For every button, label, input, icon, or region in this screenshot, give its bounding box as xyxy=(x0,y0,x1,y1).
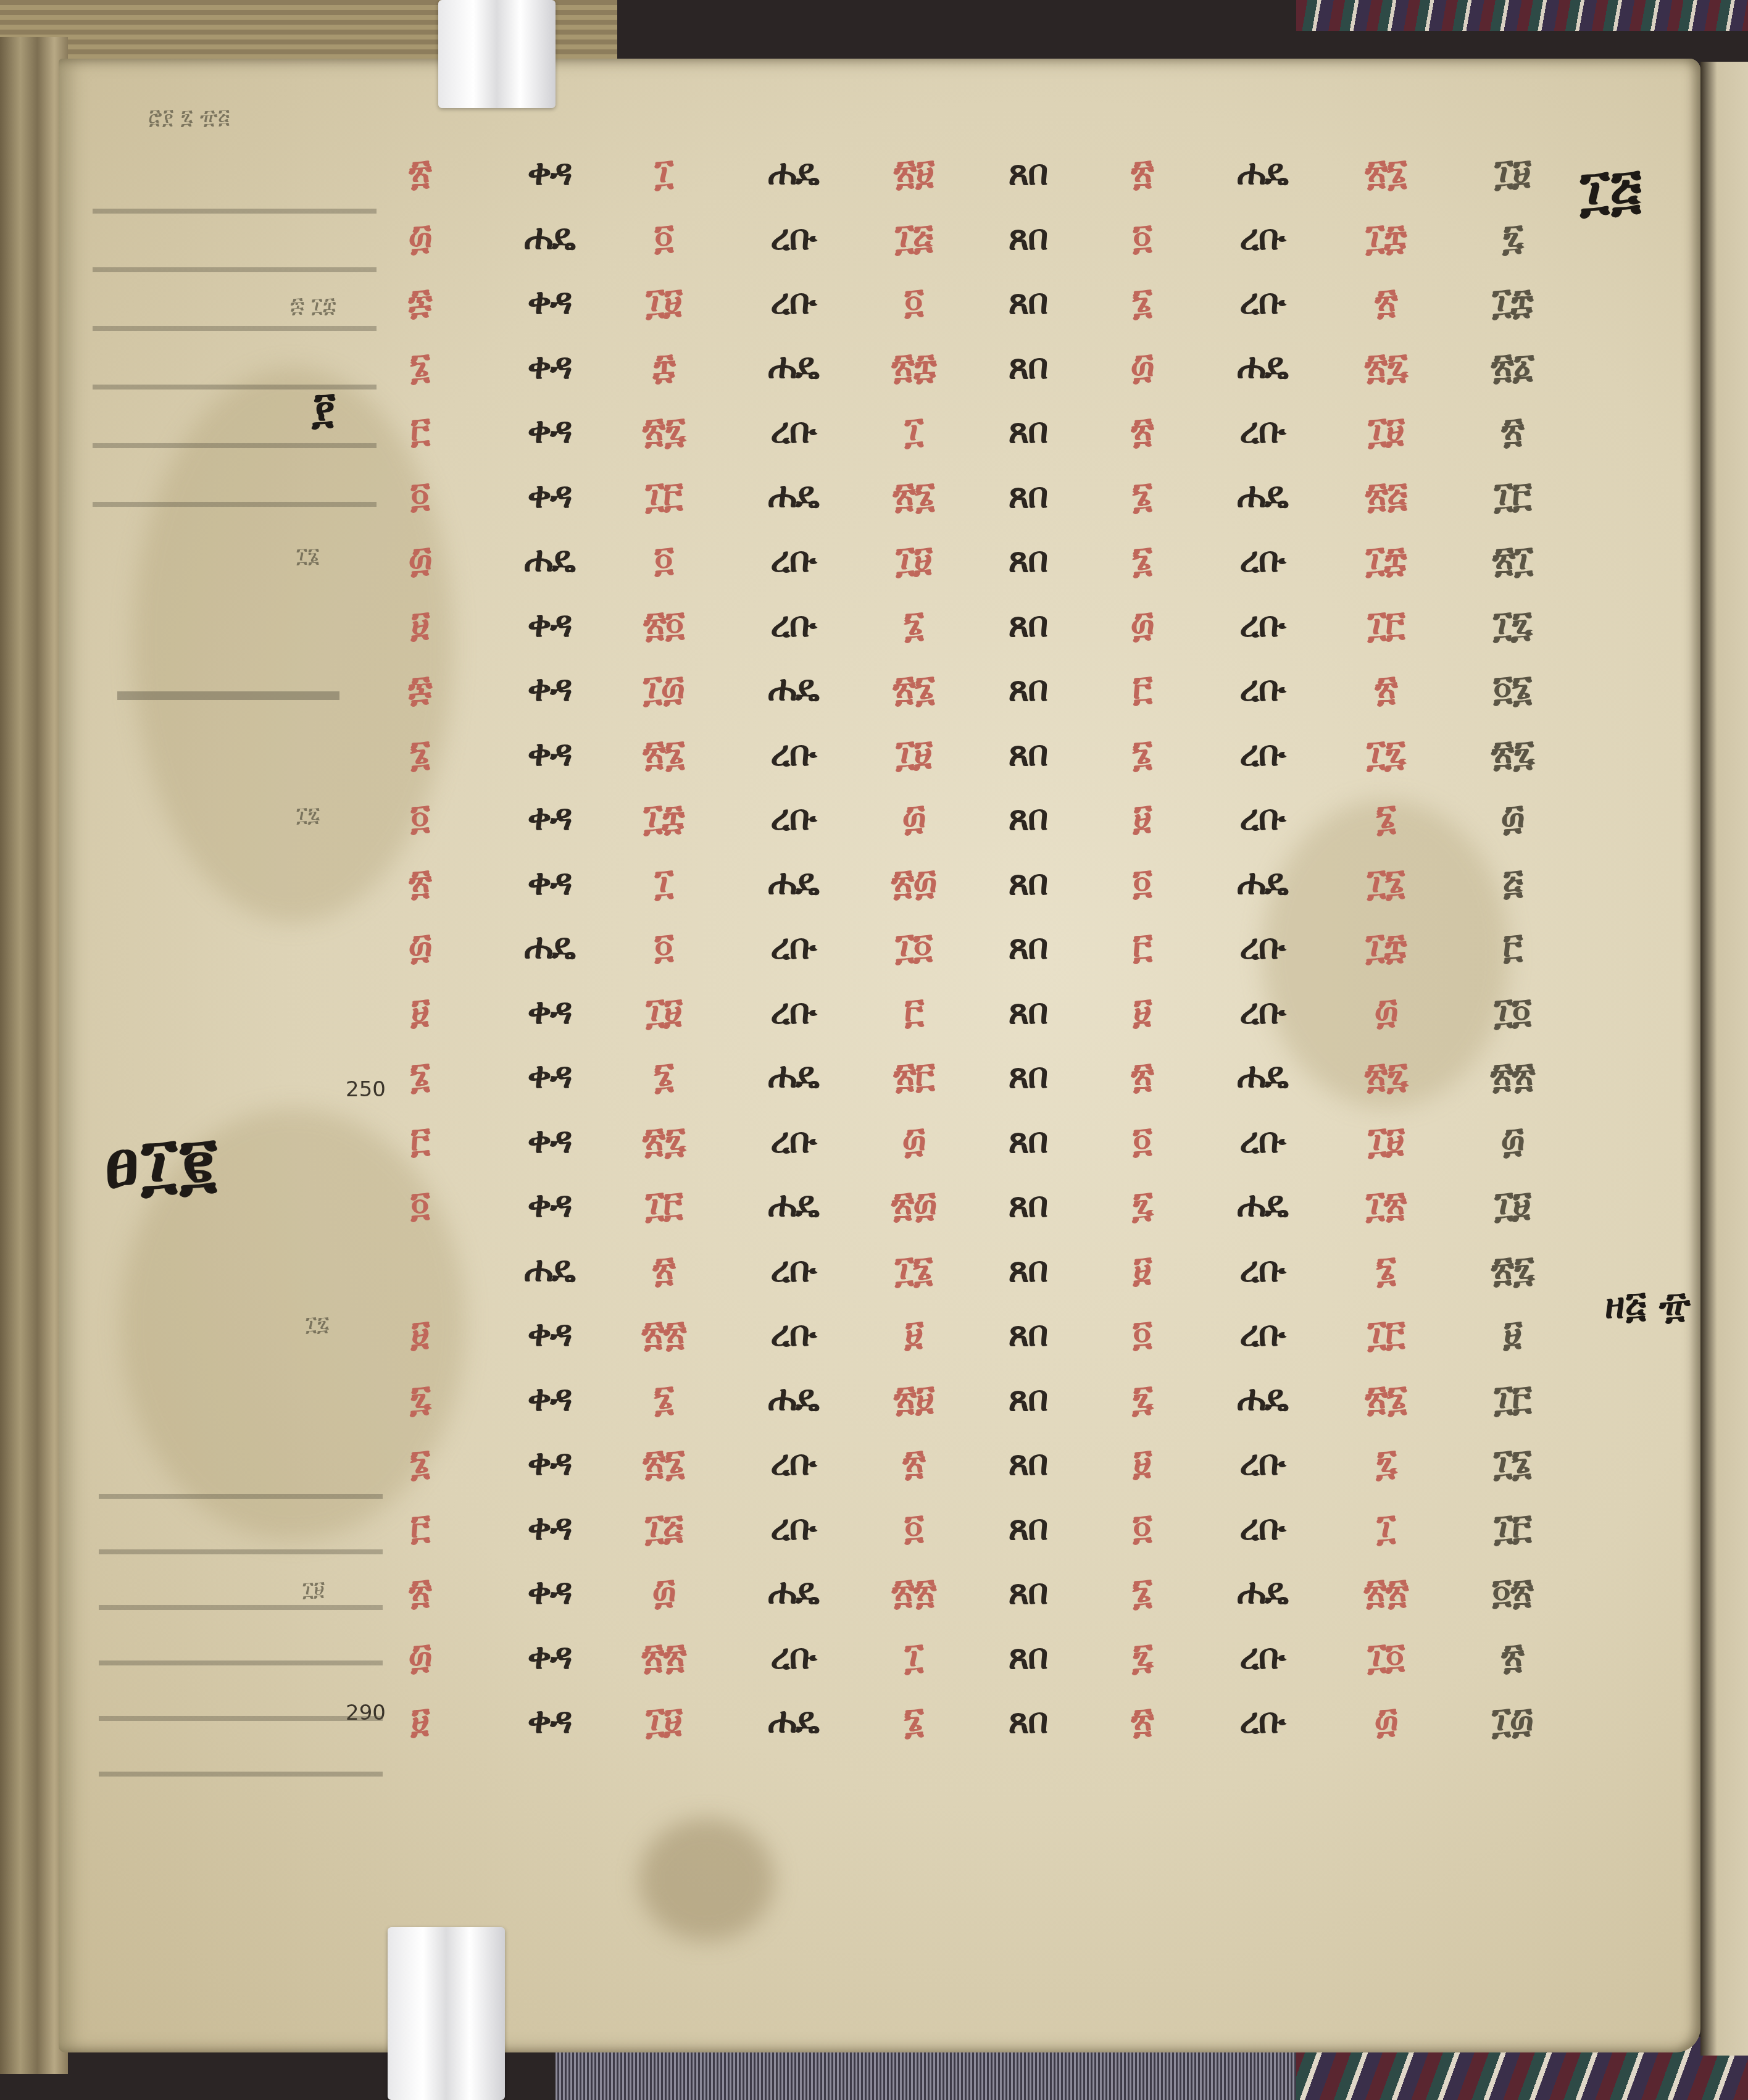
table-cell: ፳፴ xyxy=(891,1186,936,1222)
table-cell: ረቡ xyxy=(770,1315,815,1351)
table-cell: ረቡ xyxy=(770,993,815,1029)
table-cell: ፴ xyxy=(1130,348,1153,384)
table-cell: ፬ xyxy=(654,219,673,255)
faded-marginal-script xyxy=(117,691,339,700)
table-cell: ረቡ xyxy=(770,219,815,255)
table-cell: ሐዴ xyxy=(1237,1057,1287,1093)
table-cell: ረቡ xyxy=(770,412,815,448)
table-cell: ፲፱ xyxy=(1368,412,1404,448)
table-cell: ፳፯ xyxy=(1365,1057,1407,1093)
table-cell: ሐዴ xyxy=(524,541,574,577)
table-cell: ፫ xyxy=(904,993,923,1029)
table-cell: ረቡ xyxy=(1239,1251,1284,1287)
table-cell: ፱ xyxy=(411,1315,429,1351)
table-cell: ረቡ xyxy=(1239,412,1284,448)
table-cell: ፫ xyxy=(410,412,429,448)
table-cell: ሐዴ xyxy=(1237,1186,1287,1222)
table-cell: ሐዴ xyxy=(768,670,818,706)
table-cell: ፴ xyxy=(408,541,431,577)
table-cell: ፬ xyxy=(1133,1122,1151,1158)
table-cell: ፳፳ xyxy=(892,1573,936,1609)
table-cell: ፴ xyxy=(1500,1122,1523,1158)
table-cell: ፲፱ xyxy=(646,993,681,1029)
table-cell: ፬ xyxy=(904,1509,923,1545)
table-cell: ጸበ xyxy=(1008,541,1047,577)
table-cell: ፮ xyxy=(410,1444,430,1480)
table-cell: ፲ xyxy=(905,412,923,448)
table-cell: ፲፱ xyxy=(1494,154,1530,190)
marginal-note: ፲፯ xyxy=(306,1312,330,1336)
table-cell: ረቡ xyxy=(770,1251,815,1287)
table-cell: ፬ xyxy=(1133,1315,1151,1351)
table-cell: ረቡ xyxy=(1239,735,1284,771)
table-cell: ፴ xyxy=(1374,1702,1397,1738)
table-cell: ፯ xyxy=(1375,1444,1396,1480)
table-cell: ቀዳ xyxy=(527,283,571,319)
table-cell: ፴ xyxy=(652,1573,675,1609)
table-cell: ፳፳ xyxy=(642,1315,686,1351)
table-cell: ጸበ xyxy=(1008,477,1047,513)
table-cell: ፮ xyxy=(410,1057,430,1093)
table-cell: ቀዳ xyxy=(527,1122,571,1158)
marginal-large-mark: ፀ፲፪ xyxy=(105,1123,219,1204)
page-clip-bottom xyxy=(388,1927,505,2100)
table-cell: ፷ xyxy=(408,670,431,706)
table-cell: ሐዴ xyxy=(768,154,818,190)
table-cell: ፳ xyxy=(1131,154,1152,190)
marginal-note: ፸፻ ፯ ፹፭ xyxy=(148,105,230,130)
table-cell: ሐዴ xyxy=(768,1380,818,1416)
table-cell: ፬ xyxy=(654,928,673,964)
table-cell: ፱ xyxy=(1133,993,1151,1029)
facing-page-edge xyxy=(1700,62,1748,2056)
table-cell: ጸበ xyxy=(1008,1444,1047,1480)
table-cell: ፲፱ xyxy=(896,541,931,577)
table-cell: ረቡ xyxy=(1239,799,1284,835)
table-cell: ፴ xyxy=(408,219,431,255)
table-cell: ጸበ xyxy=(1008,219,1047,255)
table-cell: ጸበ xyxy=(1008,1509,1047,1545)
table-cell: ጸበ xyxy=(1008,670,1047,706)
table-cell: ፳፮ xyxy=(893,477,934,513)
table-cell: ቀዳ xyxy=(527,1186,571,1222)
table-cell: ረቡ xyxy=(770,1122,815,1158)
faded-marginal-script xyxy=(93,185,377,556)
table-cell: ፮ xyxy=(410,348,430,384)
table-cell: ረቡ xyxy=(1239,606,1284,642)
table-cell: ፮ xyxy=(1376,799,1396,835)
table-cell: ፲፱ xyxy=(646,283,681,319)
marginal-number-top-right: ፲፭ xyxy=(1580,157,1641,223)
table-cell: ጸበ xyxy=(1008,348,1047,384)
table-cell: ፱ xyxy=(1133,1444,1151,1480)
table-cell: ረቡ xyxy=(1239,1702,1284,1738)
table-cell: ፲፱ xyxy=(646,1702,681,1738)
table-cell: ቀዳ xyxy=(527,1509,571,1545)
table-cell: ቀዳ xyxy=(527,1573,571,1609)
table-cell: ጸበ xyxy=(1008,1122,1047,1158)
table-cell: ፬፮ xyxy=(1493,670,1531,706)
table-cell: ፳፬ xyxy=(643,606,684,642)
table-cell: ጸበ xyxy=(1008,1251,1047,1287)
table-cell: ጸበ xyxy=(1008,735,1047,771)
table-cell: ፬ xyxy=(410,1186,429,1222)
table-cell: ሐዴ xyxy=(768,1057,818,1093)
faded-marginal-script xyxy=(99,1469,383,1815)
table-cell: ረቡ xyxy=(770,1638,815,1674)
table-cell: ቀዳ xyxy=(527,154,571,190)
table-cell: ቀዳ xyxy=(527,864,571,900)
table-cell: ረቡ xyxy=(770,606,815,642)
table-cell: ፲፰ xyxy=(1366,928,1406,964)
table-cell: ፳ xyxy=(1375,283,1396,319)
table-cell: ፴ xyxy=(902,1122,925,1158)
table-cell: ፲፫ xyxy=(1368,1315,1404,1351)
table-cell: ቀዳ xyxy=(527,1444,571,1480)
table-cell: ሐዴ xyxy=(1237,864,1287,900)
table-cell: ቀዳ xyxy=(527,606,571,642)
table-cell: ፴ xyxy=(1130,606,1153,642)
table-cell: ፮ xyxy=(654,1057,673,1093)
table-cell: ፳፮ xyxy=(643,1444,684,1480)
table-cell: ፳፩ xyxy=(1491,348,1533,384)
table-cell: ጸበ xyxy=(1008,799,1047,835)
table-cell: ፳ xyxy=(1375,670,1396,706)
page-clip-top xyxy=(438,0,556,108)
table-cell: ፳፴ xyxy=(891,864,936,900)
table-cell: ፬፳ xyxy=(1492,1573,1533,1609)
table-cell: ፲፱ xyxy=(896,735,931,771)
table-cell: ሐዴ xyxy=(1237,154,1287,190)
table-cell: ጸበ xyxy=(1008,1638,1047,1674)
marginal-small-number: 250 xyxy=(346,1077,386,1102)
table-cell: ፲፭ xyxy=(645,1509,682,1545)
table-cell: ፲፴ xyxy=(1492,1702,1533,1738)
table-cell: ፱ xyxy=(411,993,429,1029)
table-cell: ፲፴ xyxy=(643,670,684,706)
table-cell: ሐዴ xyxy=(768,1186,818,1222)
table-cell: ረቡ xyxy=(770,283,815,319)
table-cell: ረቡ xyxy=(1239,1509,1284,1545)
table-cell: ፮ xyxy=(410,735,430,771)
table-cell: ፴ xyxy=(1500,799,1523,835)
textile-cover-top xyxy=(1296,0,1748,31)
table-cell: ፳፮ xyxy=(893,670,934,706)
table-cell: ጸበ xyxy=(1008,864,1047,900)
table-cell: ፬ xyxy=(1133,1509,1151,1545)
table-cell: ፲፰ xyxy=(1366,219,1406,255)
table-cell: ፳፫ xyxy=(893,1057,934,1093)
table-cell: ቀዳ xyxy=(527,1702,571,1738)
table-cell: ቀዳ xyxy=(527,993,571,1029)
table-cell: ፯ xyxy=(1131,1186,1152,1222)
table-cell: ፲፬ xyxy=(1368,1638,1404,1674)
table-cell: ፲፰ xyxy=(1366,541,1406,577)
table-cell: ሐዴ xyxy=(1237,1380,1287,1416)
table-cell: ፳፯ xyxy=(1491,1251,1534,1287)
table-cell: ፷ xyxy=(408,283,431,319)
table-cell: ፲፰ xyxy=(644,799,684,835)
table-cell: ቀዳ xyxy=(527,670,571,706)
table-cell: ሐዴ xyxy=(524,219,574,255)
table-cell: ቀዳ xyxy=(527,1057,571,1093)
table-cell: ፳፯ xyxy=(643,412,685,448)
table-cell: ሐዴ xyxy=(768,864,818,900)
table-cell: ፳ xyxy=(409,864,430,900)
table-cell: ፰ xyxy=(652,348,675,384)
table-cell: ፳ xyxy=(902,1444,924,1480)
table-cell: ፫ xyxy=(410,1122,429,1158)
table-cell: ጸበ xyxy=(1008,606,1047,642)
table-cell: ፭ xyxy=(1502,864,1521,900)
table-cell: ፲፫ xyxy=(1368,606,1404,642)
table-cell: ፲፯ xyxy=(1367,735,1405,771)
table-cell: ጸበ xyxy=(1008,928,1047,964)
table-cell: ፱ xyxy=(1133,799,1151,835)
table-cell: ፬ xyxy=(904,283,923,319)
table-cell: ፳፭ xyxy=(1365,477,1407,513)
table-cell: ፱ xyxy=(1504,1315,1521,1351)
table-cell: ረቡ xyxy=(770,1444,815,1480)
table-cell: ፳፮ xyxy=(643,735,684,771)
table-cell: ፳፱ xyxy=(894,1380,933,1416)
marginal-note: ፲፯ xyxy=(296,802,320,827)
stain xyxy=(639,1818,775,1941)
table-cell: ፮ xyxy=(1132,735,1152,771)
table-cell: ፴ xyxy=(1374,993,1397,1029)
table-cell: ፳፰ xyxy=(891,348,935,384)
table-cell: ፯ xyxy=(1502,219,1522,255)
table-cell: ፲፫ xyxy=(646,477,682,513)
table-cell: ሐዴ xyxy=(768,348,818,384)
table-cell: ፳፯ xyxy=(643,1122,685,1158)
table-cell: ፲፰ xyxy=(1492,283,1533,319)
table-cell: ፮ xyxy=(904,606,923,642)
table-cell: ፬ xyxy=(1133,864,1151,900)
table-cell: ፫ xyxy=(1503,928,1521,964)
table-cell: ቀዳ xyxy=(527,412,571,448)
table-cell: ፳ xyxy=(1131,1057,1152,1093)
table-cell: ሐዴ xyxy=(524,928,574,964)
table-cell: ፳፳ xyxy=(1491,1057,1534,1093)
table-cell: ፫ xyxy=(410,1509,429,1545)
table-cell: ረቡ xyxy=(1239,541,1284,577)
table-cell: ሐዴ xyxy=(1237,348,1287,384)
table-cell: ቀዳ xyxy=(527,1638,571,1674)
table-cell: ፳ xyxy=(409,1573,430,1609)
table-cell: ጸበ xyxy=(1008,1057,1047,1093)
table-cell: ፴ xyxy=(408,928,431,964)
table-cell: ረቡ xyxy=(1239,1444,1284,1480)
binding-edge-bottom xyxy=(556,2049,1296,2100)
table-cell: ጸበ xyxy=(1008,1186,1047,1222)
table-cell: ፲ xyxy=(655,864,673,900)
table-cell: ፲፬ xyxy=(896,928,932,964)
table-cell: ቀዳ xyxy=(527,735,571,771)
table-cell: ጸበ xyxy=(1008,1702,1047,1738)
table-cell: ፮ xyxy=(1132,477,1152,513)
table-cell: ፳፯ xyxy=(1491,735,1534,771)
table-cell: ፲፮ xyxy=(1494,1444,1531,1480)
table-cell: ፳፯ xyxy=(1365,348,1407,384)
table-cell: ቀዳ xyxy=(527,1315,571,1351)
table-cell: ፱ xyxy=(1133,1251,1151,1287)
table-cell: ፱ xyxy=(905,1315,923,1351)
table-cell: ረቡ xyxy=(1239,283,1284,319)
table-cell: ፮ xyxy=(1132,283,1152,319)
table-cell: ጸበ xyxy=(1008,412,1047,448)
table-cell: ፲፫ xyxy=(1494,1380,1531,1416)
table-cell: ፲፮ xyxy=(895,1251,933,1287)
table-cell: ፫ xyxy=(1133,670,1151,706)
table-cell: ቀዳ xyxy=(527,799,571,835)
table-cell: ፮ xyxy=(1376,1251,1396,1287)
table-cell: ፲፫ xyxy=(1494,1509,1531,1545)
table-cell: ረቡ xyxy=(1239,1638,1284,1674)
table-cell: ፬ xyxy=(1133,219,1151,255)
table-cell: ቀዳ xyxy=(527,1380,571,1416)
table-cell: ሐዴ xyxy=(524,1251,574,1287)
table-cell: ረቡ xyxy=(1239,1122,1284,1158)
table-cell: ፲፮ xyxy=(1367,864,1405,900)
table-cell: ጸበ xyxy=(1008,154,1047,190)
table-cell: ፳ xyxy=(1501,1638,1523,1674)
table-cell: ፳ xyxy=(409,154,430,190)
table-cell: ፲ xyxy=(655,154,673,190)
table-cell: ፲ xyxy=(905,1638,923,1674)
table-cell: ፱ xyxy=(411,1702,429,1738)
table-cell: ፲፫ xyxy=(646,1186,682,1222)
table-cell: ረቡ xyxy=(770,1509,815,1545)
table-cell: ሐዴ xyxy=(768,1702,818,1738)
table-cell: ረቡ xyxy=(770,928,815,964)
table-cell: ቀዳ xyxy=(527,477,571,513)
table-cell: ረቡ xyxy=(1239,928,1284,964)
table-cell: ፬ xyxy=(410,799,429,835)
table-cell: ፳ xyxy=(1131,1702,1152,1738)
marginal-note-right: ዘ፭ ፹ xyxy=(1605,1284,1691,1327)
table-cell: ጸበ xyxy=(1008,1315,1047,1351)
table-cell: ሐዴ xyxy=(768,1573,818,1609)
table-cell: ፲፫ xyxy=(1494,477,1531,513)
table-cell: ፴ xyxy=(408,1638,431,1674)
table-cell: ጸበ xyxy=(1008,993,1047,1029)
table-cell: ጸበ xyxy=(1008,1573,1047,1609)
stacked-leaves-left xyxy=(0,37,68,2074)
table-cell: ፴ xyxy=(902,799,925,835)
table-cell: ቀዳ xyxy=(527,348,571,384)
table-cell: ሐዴ xyxy=(1237,477,1287,513)
table-cell: ፳፳ xyxy=(642,1638,686,1674)
table-cell: ፯ xyxy=(1131,1638,1152,1674)
table-cell: ረቡ xyxy=(1239,670,1284,706)
table-cell: ፳፲ xyxy=(1492,541,1532,577)
table-cell: ፯ xyxy=(409,1380,430,1416)
table-cell: ጸበ xyxy=(1008,1380,1047,1416)
table-cell: ፲፳ xyxy=(1366,1186,1405,1222)
table-cell: ረቡ xyxy=(1239,1315,1284,1351)
table-cell: ፮ xyxy=(654,1380,673,1416)
table-cell: ፳፮ xyxy=(1365,154,1406,190)
table-cell: ፲፱ xyxy=(1368,1122,1404,1158)
table-cell: ፲ xyxy=(1377,1509,1395,1545)
table-cell: ረቡ xyxy=(1239,219,1284,255)
table-cell: ፮ xyxy=(904,1702,923,1738)
table-cell: ፲፯ xyxy=(1493,606,1531,642)
table-cell: ፬ xyxy=(410,477,429,513)
table-cell: ፲፱ xyxy=(1494,1186,1530,1222)
table-cell: ረቡ xyxy=(770,541,815,577)
table-cell: ሐዴ xyxy=(768,477,818,513)
table-cell: ፫ xyxy=(1133,928,1151,964)
table-cell: ፳፮ xyxy=(1365,1380,1406,1416)
table-cell: ረቡ xyxy=(770,735,815,771)
table-cell: ፮ xyxy=(1132,541,1152,577)
table-cell: ፳ xyxy=(1131,412,1152,448)
table-cell: ጸበ xyxy=(1008,283,1047,319)
table-cell: ፮ xyxy=(1132,1573,1152,1609)
table-cell: ፲፭ xyxy=(895,219,932,255)
table-cell: ፳፳ xyxy=(1364,1573,1408,1609)
table-cell: ፳ xyxy=(652,1251,674,1287)
table-cell: ረቡ xyxy=(770,799,815,835)
table-cell: ፳ xyxy=(1501,412,1523,448)
table-cell: ፬ xyxy=(654,541,673,577)
table-cell: ሐዴ xyxy=(1237,1573,1287,1609)
table-cell: ፲፬ xyxy=(1494,993,1531,1029)
table-cell: ፱ xyxy=(411,606,429,642)
table-cell: ፳፱ xyxy=(894,154,933,190)
table-cell: ፯ xyxy=(1131,1380,1152,1416)
table-cell: ረቡ xyxy=(1239,993,1284,1029)
